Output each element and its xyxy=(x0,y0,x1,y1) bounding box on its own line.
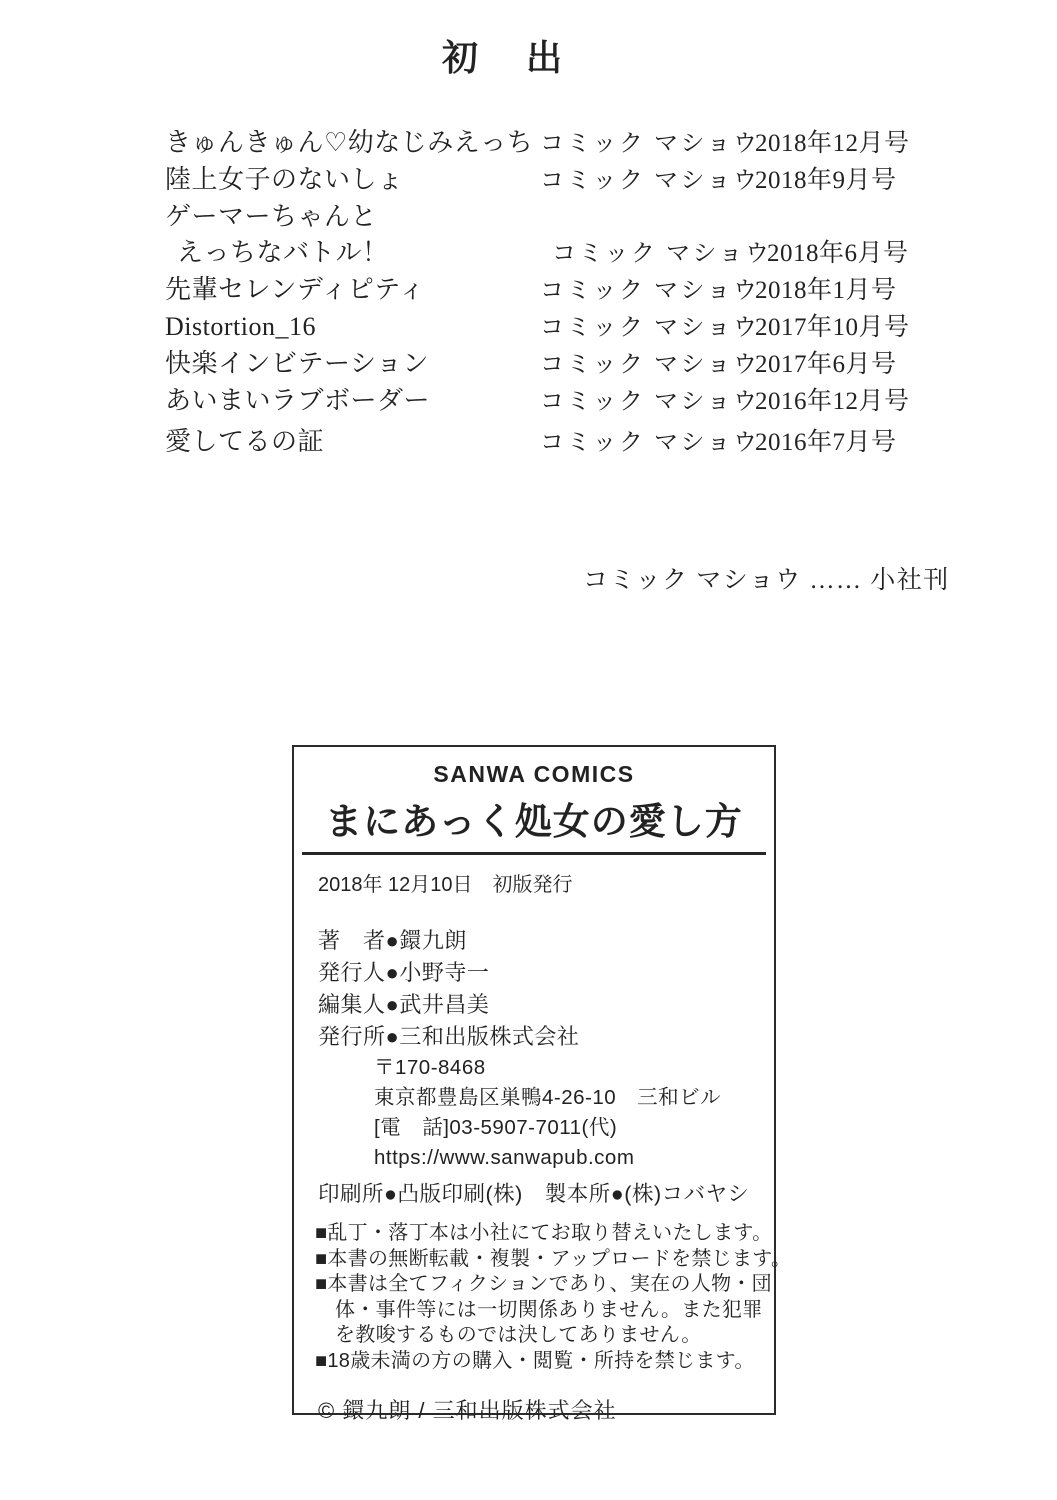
chapter-title: Distortion_16 xyxy=(165,309,540,346)
chapter-title: 愛してるの証 xyxy=(165,424,540,461)
publication-row: 快楽インビテーション コミック マショウ 2017年6月号 xyxy=(165,346,945,383)
publisher-url: https://www.sanwapub.com xyxy=(374,1143,774,1173)
magazine-name: コミック マショウ xyxy=(540,384,755,421)
chapter-title: あいまいラブボーダー xyxy=(165,383,540,420)
credit-role: 発行所 xyxy=(318,1024,386,1049)
chapter-title: えっちなバトル！ xyxy=(165,235,552,272)
credit-name: 小野寺一 xyxy=(399,960,489,985)
credit-role: 編集人 xyxy=(318,992,386,1017)
bullet-icon: ● xyxy=(386,992,400,1017)
magazine-name: コミック マショウ xyxy=(540,347,755,384)
notice-age-restriction: ■18歳未満の方の購入・閲覧・所持を禁じます。 xyxy=(315,1349,774,1375)
phone-number: [電 話]03-5907-7011(代) xyxy=(374,1113,774,1143)
publication-row: ゲーマーちゃんと xyxy=(165,199,945,236)
magazine-name: コミック マショウ xyxy=(540,163,755,200)
credit-role: 発行人 xyxy=(318,960,386,985)
title-divider xyxy=(302,852,766,855)
credit-role: 著 者 xyxy=(318,928,386,953)
issue-date: 2018年9月号 xyxy=(755,163,897,200)
issue-date: 2017年10月号 xyxy=(755,310,910,347)
publication-row: 陸上女子のないしょ コミック マショウ 2018年9月号 xyxy=(165,162,945,199)
imprint-label: SANWA COMICS xyxy=(294,761,774,788)
legal-notices: ■乱丁・落丁本は小社にてお取り替えいたします。 ■本書の無断転載・複製・アップロ… xyxy=(315,1221,774,1374)
magazine-name: コミック マショウ xyxy=(552,236,767,273)
chapter-title: きゅんきゅん♡幼なじみえっち xyxy=(165,125,540,162)
publication-row: あいまいラブボーダー コミック マショウ 2016年12月号 xyxy=(165,383,945,420)
bullet-icon: ● xyxy=(386,960,400,985)
bullet-icon: ● xyxy=(386,1024,400,1049)
first-publication-list: きゅんきゅん♡幼なじみえっち コミック マショウ 2018年12月号 陸上女子の… xyxy=(165,125,945,461)
publication-row: えっちなバトル！ コミック マショウ 2018年6月号 xyxy=(165,235,945,272)
credits-block: 著 者●鐶九朗 発行人●小野寺一 編集人●武井昌美 発行所●三和出版株式会社 xyxy=(318,925,774,1053)
copyright: © 鐶九朗 / 三和出版株式会社 xyxy=(318,1394,774,1425)
issue-date: 2016年7月号 xyxy=(755,425,897,462)
notice-no-reproduction: ■本書の無断転載・複製・アップロードを禁じます。 xyxy=(315,1247,774,1273)
issue-date: 2018年12月号 xyxy=(755,126,910,163)
credit-name: 三和出版株式会社 xyxy=(399,1024,579,1049)
credit-name: 鐶九朗 xyxy=(399,928,467,953)
credit-publisher-person: 発行人●小野寺一 xyxy=(318,957,774,989)
postal-code: 〒170-8468 xyxy=(374,1053,774,1083)
chapter-title: 先輩セレンディピティ xyxy=(165,272,540,309)
credit-editor: 編集人●武井昌美 xyxy=(318,989,774,1021)
magazine-name: コミック マショウ xyxy=(540,425,755,462)
issue-date: 2017年6月号 xyxy=(755,347,897,384)
magazine-name: コミック マショウ xyxy=(540,310,755,347)
notice-fiction-cont: を教唆するものでは決してありません。 xyxy=(315,1323,774,1349)
printer-binder-line: 印刷所●凸版印刷(株) 製本所●(株)コバヤシ xyxy=(318,1177,774,1208)
chapter-title: 快楽インビテーション xyxy=(165,346,540,383)
credit-name: 武井昌美 xyxy=(399,992,489,1017)
publication-row: 愛してるの証 コミック マショウ 2016年7月号 xyxy=(165,424,945,461)
edition-date: 2018年 12月10日 初版発行 xyxy=(318,868,774,897)
issue-date: 2016年12月号 xyxy=(755,384,910,421)
issue-date: 2018年1月号 xyxy=(755,273,897,310)
publication-row: きゅんきゅん♡幼なじみえっち コミック マショウ 2018年12月号 xyxy=(165,125,945,162)
colophon-box: SANWA COMICS まにあっく処女の愛し方 2018年 12月10日 初版… xyxy=(292,745,776,1415)
bullet-icon: ● xyxy=(386,928,400,953)
book-title: まにあっく処女の愛し方 xyxy=(294,791,774,845)
magazine-name: コミック マショウ xyxy=(540,126,755,163)
chapter-title: ゲーマーちゃんと xyxy=(165,199,540,236)
notice-fiction-cont: 体・事件等には一切関係ありません。また犯罪 xyxy=(315,1298,774,1324)
publication-row: 先輩セレンディピティ コミック マショウ 2018年1月号 xyxy=(165,272,945,309)
page-title: 初 出 xyxy=(0,30,1010,81)
magazine-publisher-footnote: コミック マショウ …… 小社刊 xyxy=(583,560,950,596)
magazine-name: コミック マショウ xyxy=(540,273,755,310)
street-address: 東京都豊島区巣鴨4-26-10 三和ビル xyxy=(374,1083,774,1113)
credit-publishing-house: 発行所●三和出版株式会社 xyxy=(318,1021,774,1053)
notice-fiction: ■本書は全てフィクションであり、実在の人物・団 xyxy=(315,1272,774,1298)
publisher-address-block: 〒170-8468 東京都豊島区巣鴨4-26-10 三和ビル [電 話]03-5… xyxy=(374,1053,774,1173)
chapter-title: 陸上女子のないしょ xyxy=(165,162,540,199)
issue-date: 2018年6月号 xyxy=(767,236,909,273)
publication-row: Distortion_16 コミック マショウ 2017年10月号 xyxy=(165,309,945,346)
notice-defective-copies: ■乱丁・落丁本は小社にてお取り替えいたします。 xyxy=(315,1221,774,1247)
credit-author: 著 者●鐶九朗 xyxy=(318,925,774,957)
